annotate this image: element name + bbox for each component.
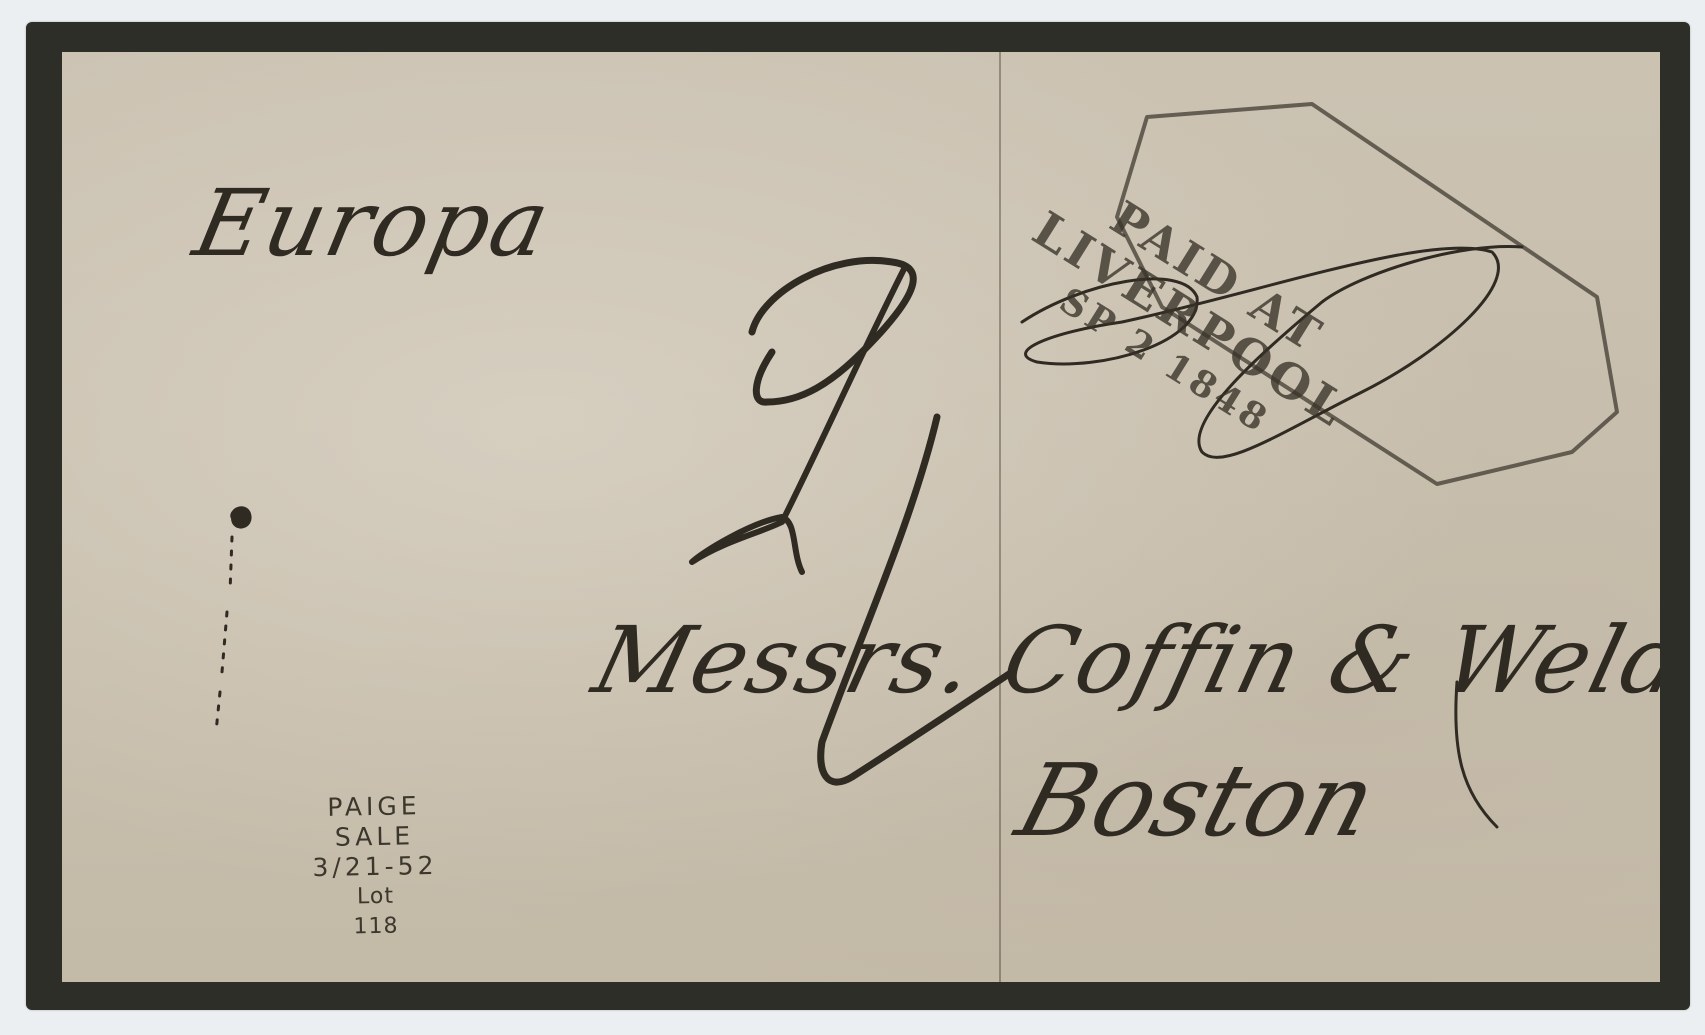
pencil-provenance-note: PAIGE SALE 3/21-52 Lot 118 — [289, 791, 462, 944]
ink-dots — [216, 537, 232, 732]
pencil-line-5: 118 — [291, 911, 461, 944]
ship-endorsement: Europa — [186, 170, 560, 277]
pencil-line-1: PAIGE — [289, 791, 459, 824]
addressee-name: Messrs. Coffin & Weld — [584, 607, 1660, 714]
pencil-line-2: SALE — [289, 821, 459, 854]
pencil-line-4: Lot — [290, 881, 460, 914]
letter-cover: PAID AT LIVERPOOL SP 2 1848 Europa 2 Mes… — [62, 52, 1660, 982]
ink-blot — [233, 509, 248, 525]
pencil-line-3: 3/21-52 — [290, 851, 460, 884]
address-city: Boston — [1005, 742, 1388, 859]
